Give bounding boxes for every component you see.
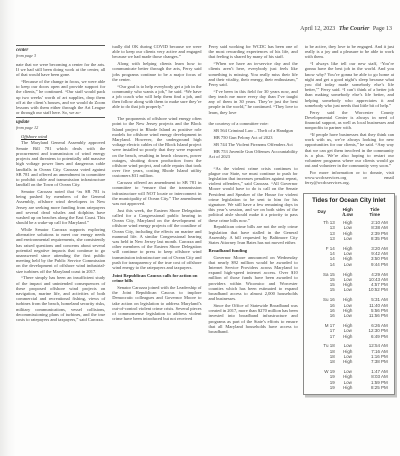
tide-day-group: Tu 18Low12:54 AM18High7:16 AM18Low1:16 P… [307, 343, 391, 364]
tide-cell-time: 8:35 PM [359, 236, 391, 241]
page-header: April 12, 2023 The Courier Page 13 [300, 26, 392, 32]
column-1: centerfrom page 3nate that we were becom… [16, 44, 105, 324]
tide-cell-highlow: Low [337, 313, 359, 318]
tide-row: 13Low8:35 PM [307, 236, 391, 241]
tide-day-group: Sa 15High4:29 AM15Low10:43 AM15High4:57 … [307, 272, 391, 293]
article-paragraph: HB 750 Gun Felony Act of 2023 [209, 135, 298, 140]
article-paragraph: Republican crime bills are not the only … [209, 224, 298, 245]
newspaper-page: April 12, 2023 The Courier Page 13 cente… [0, 0, 400, 456]
tide-cell-time: 9:44 PM [359, 262, 391, 267]
article-paragraph: tually did OK during COVID because we we… [112, 44, 201, 60]
section-heading: Offshore wind [21, 134, 105, 139]
tide-cell-time: 7:38 PM [359, 359, 391, 364]
article-paragraph: HB 753 Juvenile Gun Offenses Accountabil… [209, 149, 298, 159]
tide-header-time-line2: Time [359, 212, 391, 217]
tide-cell-day: 15 [307, 287, 337, 292]
article-paragraph: to be active, they love to be engaged. A… [305, 44, 394, 60]
article-paragraph: Ferry said working for WCDC has been one… [209, 44, 298, 60]
article-paragraph: nate that we were becoming a center for … [16, 62, 105, 78]
article-paragraph: “I always like tell our new staff, ‘You’… [305, 61, 394, 108]
column-1-blocks: centerfrom page 3nate that we were becom… [16, 45, 105, 322]
column-4: to be active, they love to be engaged. A… [305, 44, 394, 395]
continuation-notice: centerfrom page 3 [16, 45, 105, 58]
tide-day-group: W 19Low1:47 AM19High8:03 AM19Low1:59 PM1… [307, 369, 391, 390]
article-columns: centerfrom page 3nate that we were becom… [16, 44, 394, 395]
article-paragraph: Carozza offered an amendment to SB 781 i… [112, 180, 201, 206]
continuation-notice: updatefrom page 12 [16, 117, 105, 130]
tide-day-group: Th 13High2:10 AM13Low8:38 AM13High2:39 P… [307, 220, 391, 241]
tide-cell-day: 17 [307, 334, 337, 339]
tide-cell-highlow: Low [337, 236, 359, 241]
column-3: Ferry said working for WCDC has been one… [209, 44, 298, 336]
tide-header-day: Day [307, 207, 337, 217]
tide-row: 16Low11:56 PM [307, 313, 391, 318]
tide-cell-time: 11:56 PM [359, 313, 391, 318]
section-heading: Broadband funding [209, 248, 298, 253]
tide-row: 19High8:25 PM [307, 385, 391, 390]
tide-cell-day: 18 [307, 359, 337, 364]
continuation-rule [16, 117, 105, 118]
tide-day-group: F 14High3:20 AM14Low9:42 AM14High3:50 PM… [307, 246, 391, 267]
tide-cell-highlow: Low [337, 287, 359, 292]
tide-cell-day: 13 [307, 236, 337, 241]
tide-header-time: Tide Time [359, 207, 391, 217]
tide-cell-highlow: Low [337, 262, 359, 267]
article-paragraph: SB 564 Criminal Law – Theft of a Handgun [209, 128, 298, 133]
tide-table-body: Th 13High2:10 AM13Low8:38 AM13High2:39 P… [307, 220, 391, 390]
header-date: April 12, 2023 [300, 26, 335, 32]
tide-cell-highlow: High [337, 334, 359, 339]
tide-day-group: Su 16High5:31 AM16Low11:40 AM16High5:56 … [307, 297, 391, 318]
tide-header-highlow-line2: /Low [337, 212, 359, 217]
article-paragraph: “There simply has been an insufficient s… [16, 275, 105, 322]
header-paper-name: The Courier [339, 26, 370, 32]
article-paragraph: While Senator Carozza supports exploring… [16, 227, 105, 274]
column-2: tually did OK during COVID because we we… [112, 44, 201, 323]
article-paragraph: “If people have businesses that they thi… [305, 132, 394, 168]
tide-row: 14Low9:44 PM [307, 262, 391, 267]
article-paragraph: The proponents of offshore wind energy o… [112, 116, 201, 178]
column-4-blocks: to be active, they love to be engaged. A… [305, 44, 394, 186]
article-paragraph: “Our goal is to help everybody get a job… [112, 84, 201, 110]
header-page-number: Page 13 [373, 26, 392, 32]
tide-cell-highlow: High [337, 359, 359, 364]
tide-cell-day: 19 [307, 385, 337, 390]
article-paragraph: “Because of the change in focus, we were… [16, 79, 105, 115]
tide-cell-time: 10:52 PM [359, 287, 391, 292]
article-paragraph: Senator Carozza joined with the Leadersh… [112, 285, 201, 321]
tide-header-highlow: High /Low [337, 207, 359, 217]
tide-cell-day: 14 [307, 262, 337, 267]
tide-cell-time: 6:49 PM [359, 334, 391, 339]
article-paragraph: Since the Office of Statewide Broadband … [209, 303, 298, 334]
article-paragraph: “When we have an in-service day and the … [209, 61, 298, 87]
article-paragraph: Senator Carozza noted that “as SB 781 is… [16, 189, 105, 225]
tide-cell-highlow: High [337, 385, 359, 390]
tide-row: 18High7:38 PM [307, 359, 391, 364]
tide-row: 15Low10:52 PM [307, 287, 391, 292]
continuation-rule [16, 45, 105, 46]
article-paragraph: Along with helping clients learn how to … [112, 61, 201, 82]
article-paragraph: Just this week, the Eastern Shore Delega… [112, 208, 201, 270]
tide-cell-time: 8:25 PM [359, 385, 391, 390]
article-paragraph: “As the violent crime crisis continues t… [209, 166, 298, 223]
column-3-blocks: Ferry said working for WCDC has been one… [209, 44, 298, 334]
tide-row: 17High6:49 PM [307, 334, 391, 339]
tide-table-header: Day High /Low Tide Time [307, 207, 391, 217]
column-2-blocks: tually did OK during COVID because we we… [112, 44, 201, 321]
article-paragraph: The Maryland General Assembly approved S… [16, 140, 105, 187]
tide-day-group: M 17High6:26 AM17Low12:30 PM17High6:49 P… [307, 323, 391, 339]
tide-table: Tides for Ocean City Inlet Day High /Low… [303, 193, 395, 396]
section-heading: Joint Republican Caucus calls for action… [112, 273, 201, 284]
tide-cell-day: 16 [307, 313, 337, 318]
article-paragraph: For more information or to donate, visit… [305, 170, 394, 186]
continuation-from-page: from page 3 [16, 53, 105, 58]
tide-table-title: Tides for Ocean City Inlet [307, 197, 391, 204]
article-paragraph: Governor Moore announced on Wednesday th… [209, 255, 298, 302]
continuation-from-page: from page 12 [16, 125, 105, 130]
article-paragraph: SB 744 The Violent Firearms Offenders Ac… [209, 142, 298, 147]
article-paragraph: “I’ve been in this field for 30 years no… [209, 89, 298, 115]
article-paragraph: Ferry said the Worcester County Developm… [305, 110, 394, 131]
article-paragraph: the courtesy of a committee vote: [209, 121, 298, 126]
